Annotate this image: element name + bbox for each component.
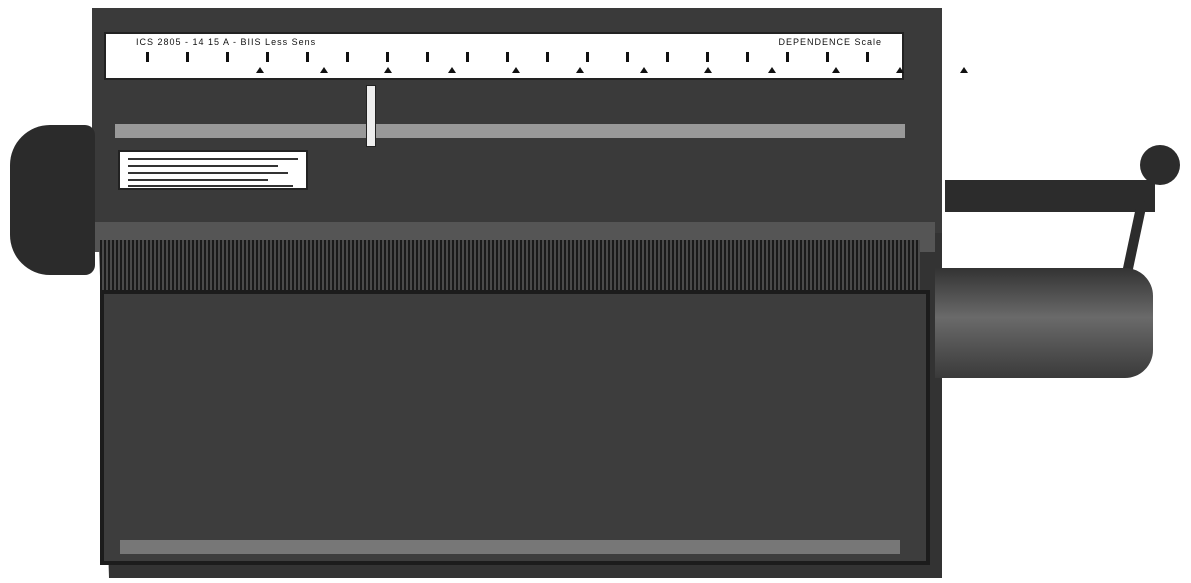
dial-tick: [146, 52, 149, 62]
dial-marker: [832, 67, 840, 73]
label-line: [128, 185, 293, 187]
front-panel: [100, 290, 930, 565]
dial-tick: [826, 52, 829, 62]
rod-knob: [1140, 145, 1180, 185]
dial-header-right: DEPENDENCE Scale: [778, 37, 882, 47]
dial-marker: [576, 67, 584, 73]
dial-tick: [666, 52, 669, 62]
dial-marker: [960, 67, 968, 73]
dial-header-left: ICS 2805 - 14 15 A - BIIS Less Sens: [136, 37, 316, 47]
dial-tick: [306, 52, 309, 62]
dial-marker: [384, 67, 392, 73]
dial-tick: [546, 52, 549, 62]
label-line: [128, 172, 288, 174]
label-line: [128, 179, 268, 181]
dial-tick: [386, 52, 389, 62]
dial-tick: [506, 52, 509, 62]
label-plate: [118, 150, 308, 190]
dial-tick: [786, 52, 789, 62]
dial-tick: [226, 52, 229, 62]
dial-tick: [266, 52, 269, 62]
dial-slot: [115, 124, 905, 138]
dial-scale: ICS 2805 - 14 15 A - BIIS Less Sens DEPE…: [104, 32, 904, 80]
dial-tick: [186, 52, 189, 62]
dial-tick: [426, 52, 429, 62]
dial-marker: [256, 67, 264, 73]
left-knob: [10, 125, 95, 275]
dial-pointer: [366, 85, 376, 147]
dial-tick: [706, 52, 709, 62]
dial-tick: [866, 52, 869, 62]
dial-tick: [346, 52, 349, 62]
dial-marker: [640, 67, 648, 73]
dial-marker: [448, 67, 456, 73]
dial-tick: [466, 52, 469, 62]
label-line: [128, 165, 278, 167]
dial-tick: [586, 52, 589, 62]
dial-tick: [626, 52, 629, 62]
dial-marker: [768, 67, 776, 73]
dial-marker: [704, 67, 712, 73]
dial-tick: [746, 52, 749, 62]
dial-marker: [320, 67, 328, 73]
side-rod: [945, 180, 1155, 212]
label-line: [128, 158, 298, 160]
dial-marker: [896, 67, 904, 73]
side-cylinder: [935, 268, 1153, 378]
bottom-lip: [120, 540, 900, 554]
dial-marker: [512, 67, 520, 73]
